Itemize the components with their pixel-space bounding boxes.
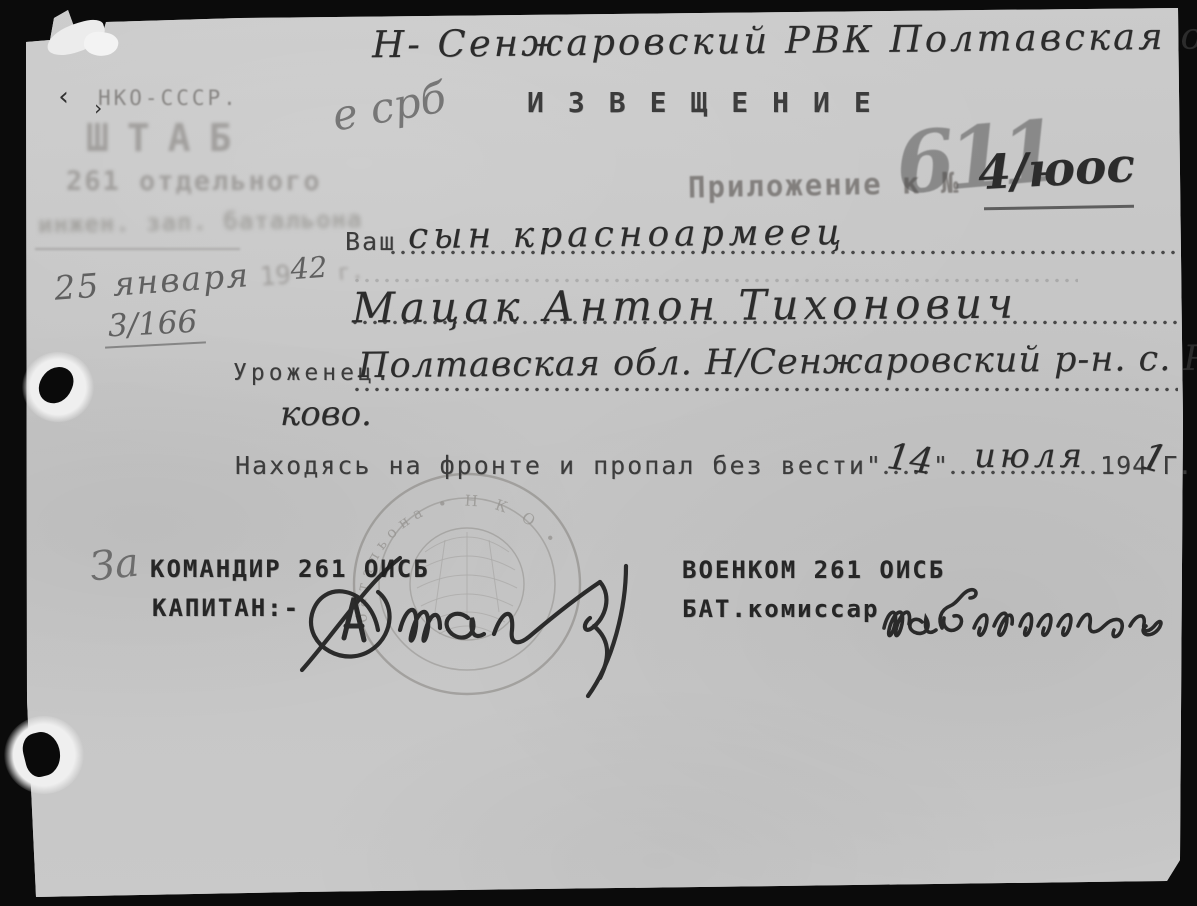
corner-stamp-line3: 261 отдельного bbox=[66, 166, 322, 197]
dotted-line bbox=[352, 386, 1178, 393]
month-handwriting: июля bbox=[974, 436, 1086, 476]
dotted-line bbox=[350, 319, 1178, 326]
birthplace-handwriting-2: ково. bbox=[280, 394, 372, 434]
reference-ink-number: 4/юос bbox=[977, 138, 1137, 201]
za-handwriting: За bbox=[88, 540, 141, 591]
commissar-title-typed: БАТ.комиссар bbox=[682, 595, 879, 623]
status-typed: Находясь на фронте и пропал без вести bbox=[235, 451, 866, 480]
corner-stamp-line1: НКО-СССР. bbox=[98, 86, 239, 110]
corner-stamp-rule bbox=[35, 248, 240, 250]
day-handwriting: 14 bbox=[884, 436, 935, 483]
captain-signature bbox=[282, 542, 662, 712]
date-year-stamped: 19 bbox=[259, 260, 292, 292]
commissar-signature bbox=[878, 576, 1168, 656]
corner-stamp-line2: ШТАБ bbox=[86, 116, 250, 160]
dotted-line bbox=[388, 249, 1176, 256]
date-year-hand: 42 bbox=[289, 250, 328, 286]
status-line: Находясь на фронте и пропал без вести " … bbox=[235, 436, 1192, 480]
corner-stamp-line4: инжен. зап. батальона bbox=[38, 205, 363, 239]
document-title: ИЗВЕЩЕНИЕ bbox=[527, 86, 895, 119]
outgoing-number: 3/166 bbox=[103, 303, 206, 348]
pen-mark-left: ‹ bbox=[56, 82, 72, 112]
scanned-notice-document: батальона • Н К О • Н- Сенжаровский РВК … bbox=[0, 0, 1197, 906]
quote-close: " bbox=[933, 451, 948, 480]
quote-open: " bbox=[866, 451, 881, 480]
birthplace-handwriting: Полтавская обл. Н/Сенжаровский р-н. с. Р… bbox=[358, 338, 1197, 386]
captain-title-typed: КАПИТАН:- bbox=[152, 594, 300, 622]
